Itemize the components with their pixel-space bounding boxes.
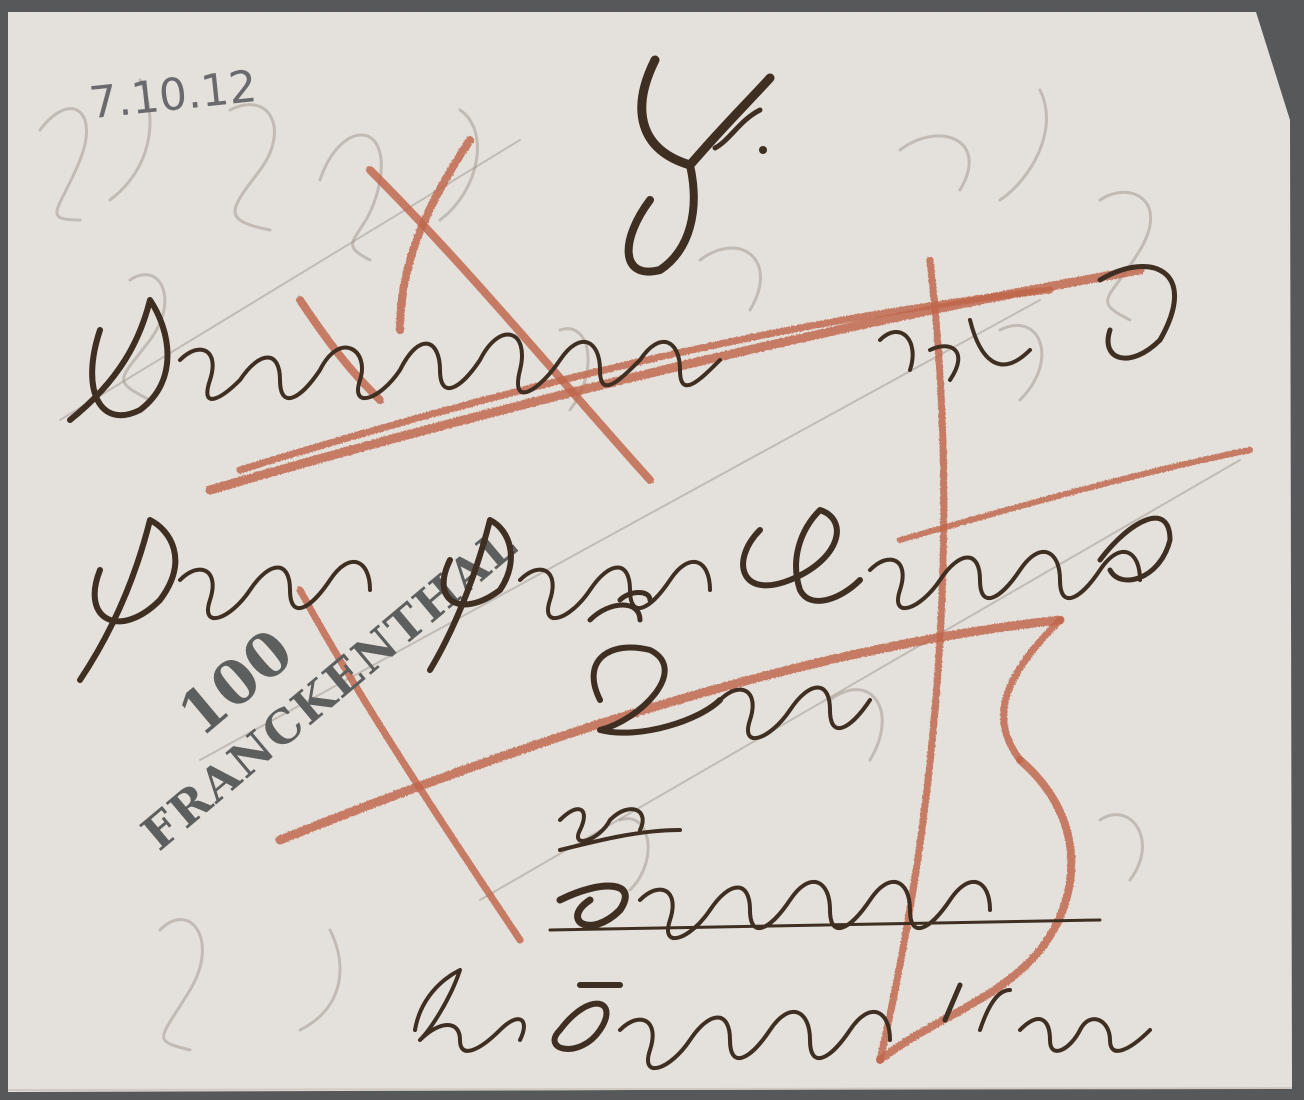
svg-text:bey Frankfurt a/M: bey Frankfurt a/M <box>0 0 10 1</box>
paper-sheet <box>8 12 1292 1092</box>
letter-cover-scene: 7.10.12 100 FRANCKENTHAL <box>0 0 1304 1100</box>
